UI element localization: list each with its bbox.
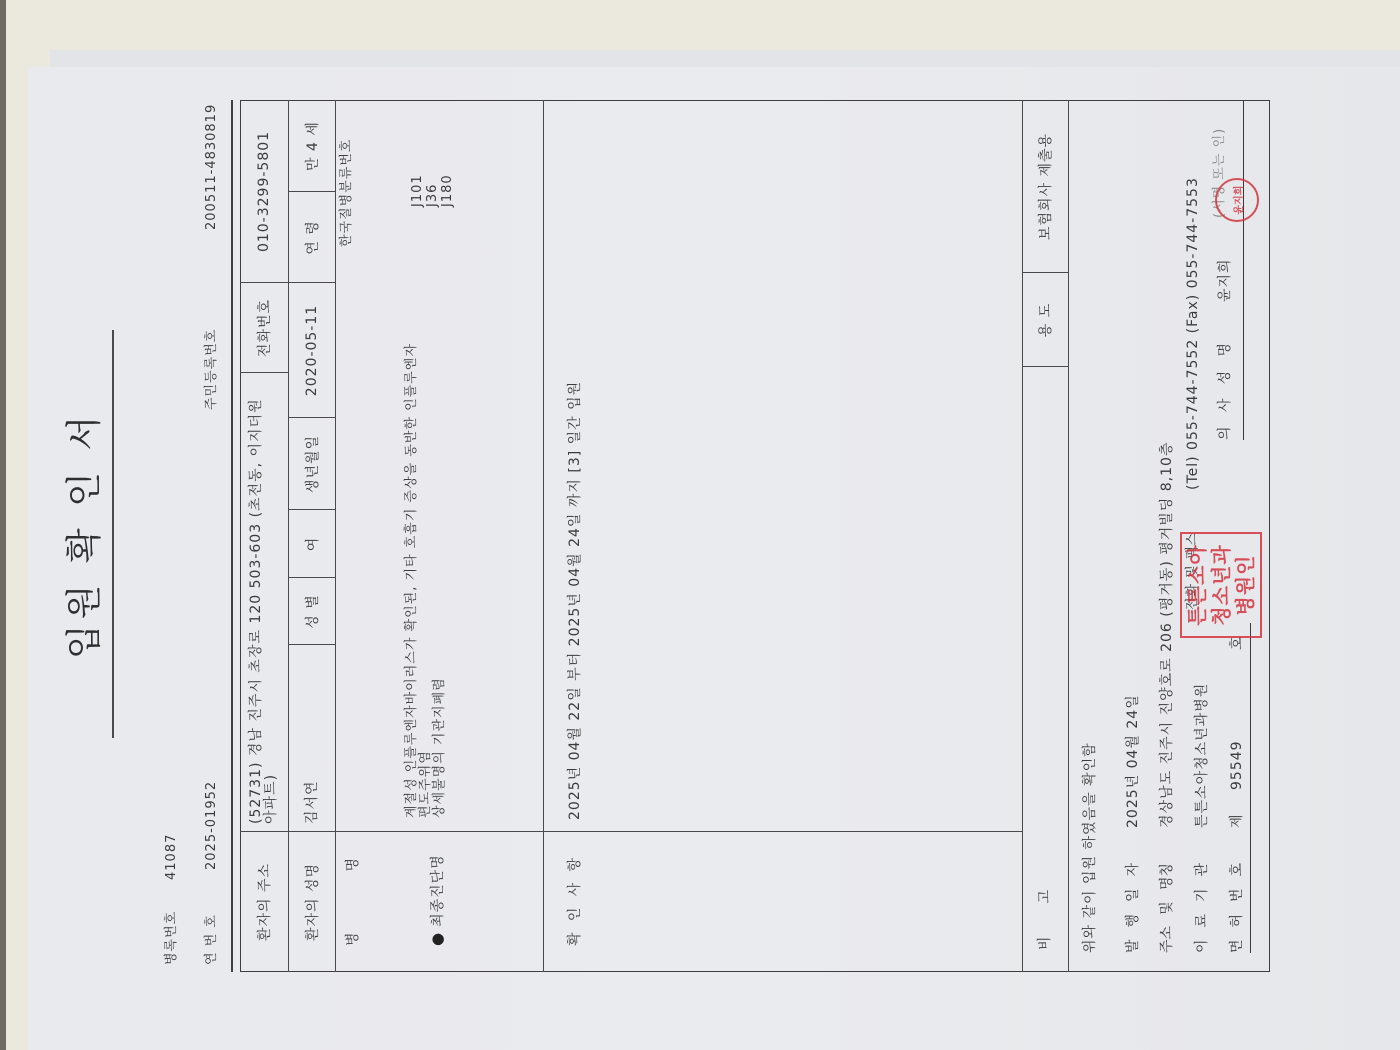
issue-date: 2025년 04월 24일: [1125, 694, 1141, 828]
institution-address-label: 주소 및 명칭: [1159, 863, 1175, 953]
record-number-label: 병록번호: [164, 911, 180, 965]
dob-label: 생년월일: [288, 418, 335, 510]
admission-certificate-document: 입원 확 인 서 병록번호 41087 연 번 호 2025-01952 주민등…: [0, 0, 1400, 1050]
remarks-label: 비 고: [1037, 890, 1053, 950]
patient-name: 김서연: [304, 780, 320, 824]
hospital-seal-text: 튼튼소아청소년과병원인: [1185, 539, 1257, 631]
document-title: 입원 확 인 서: [60, 350, 110, 720]
bullet-icon: ●: [428, 933, 446, 946]
confirmation-label: 확 인 사 항: [567, 858, 583, 946]
doctor-name-label: 의 사 성 명: [1217, 343, 1233, 440]
final-diagnosis-text: 최종진단명: [430, 854, 446, 927]
patient-address-label: 환자의 주소: [240, 832, 288, 972]
license-number: 95549: [1229, 740, 1245, 790]
serial-number-label: 연 번 호: [204, 914, 220, 965]
purpose-label: 용 도: [1022, 273, 1068, 367]
patient-address-line-1: (52731) 경남 진주시 초장로 120 503-603 (초전동, 이지더…: [248, 398, 264, 824]
resident-number: 200511-4830819: [204, 104, 220, 230]
license-number-label: 면 허 번 호: [1229, 863, 1245, 953]
diagnosis-label: 병 명: [345, 858, 361, 946]
doctor-seal-stamp: 윤지희: [1215, 178, 1259, 222]
issue-date-label: 발 행 일 자: [1125, 863, 1141, 953]
kcd-code: J101: [410, 174, 426, 207]
institution-label: 이 료 기 관: [1194, 863, 1210, 953]
table-outer-rule: [231, 100, 233, 972]
row-divider: [543, 100, 544, 972]
patient-phone: 010-3299-5801: [240, 100, 288, 283]
age-label: 연 령: [288, 192, 335, 283]
doctor-seal-text: 윤지희: [1230, 186, 1245, 215]
title-underline: [112, 330, 114, 738]
final-diagnosis-label: ●최종진단명: [429, 854, 446, 946]
record-number: 41087: [164, 834, 180, 880]
institution-name: 튼튼소아청소년과병원: [1194, 683, 1210, 828]
sex-label: 성 별: [288, 578, 335, 645]
patient-name-label: 환자의 성명: [288, 832, 335, 972]
row-divider: [1068, 100, 1069, 972]
institution-contact: (Tel) 055-744-7552 (Fax) 055-744-7553: [1185, 177, 1201, 490]
phone-label: 전화번호: [240, 283, 288, 373]
doctor-name: 윤지희: [1217, 258, 1233, 302]
resident-number-label: 주민등록번호: [204, 329, 220, 410]
form-table-frame: [240, 100, 1270, 972]
label-column-divider: [240, 831, 1022, 832]
institution-address: 경상남도 진주시 진양호로 206 (평거동) 평거빌딩 8,10층: [1159, 442, 1175, 828]
certification-statement: 위와 같이 입원 하였음을 확인함: [1082, 742, 1098, 953]
row-divider: [335, 100, 336, 972]
admission-period: 2025년 04월 22일 부터 2025년 04월 24일 까지 [3] 일간…: [567, 381, 583, 820]
desk-edge: [0, 0, 6, 1050]
diagnosis-item: 상세불명의 기관지폐렴: [432, 677, 448, 818]
hospital-seal-stamp: 튼튼소아청소년과병원인: [1180, 532, 1262, 638]
diagnosis-item: 계절성 인플루엔자바이러스가 확인된, 기타 호흡기 증상을 동반한 인플루엔자: [404, 343, 420, 818]
kcd-label: 한국질병분류번호: [339, 139, 355, 247]
patient-dob: 2020-05-11: [288, 283, 335, 418]
patient-address-line-2: 아파트): [263, 774, 279, 824]
serial-number: 2025-01952: [204, 781, 220, 870]
license-prefix: 제: [1229, 813, 1245, 828]
patient-age: 만 4 세: [288, 100, 335, 192]
kcd-code: J180: [440, 174, 456, 207]
signature-underline: [1243, 100, 1244, 440]
kcd-code: J36: [425, 184, 441, 207]
purpose-value: 보험회사 제출용: [1022, 100, 1068, 273]
license-underline: [1250, 623, 1251, 953]
patient-sex: 여: [288, 510, 335, 578]
